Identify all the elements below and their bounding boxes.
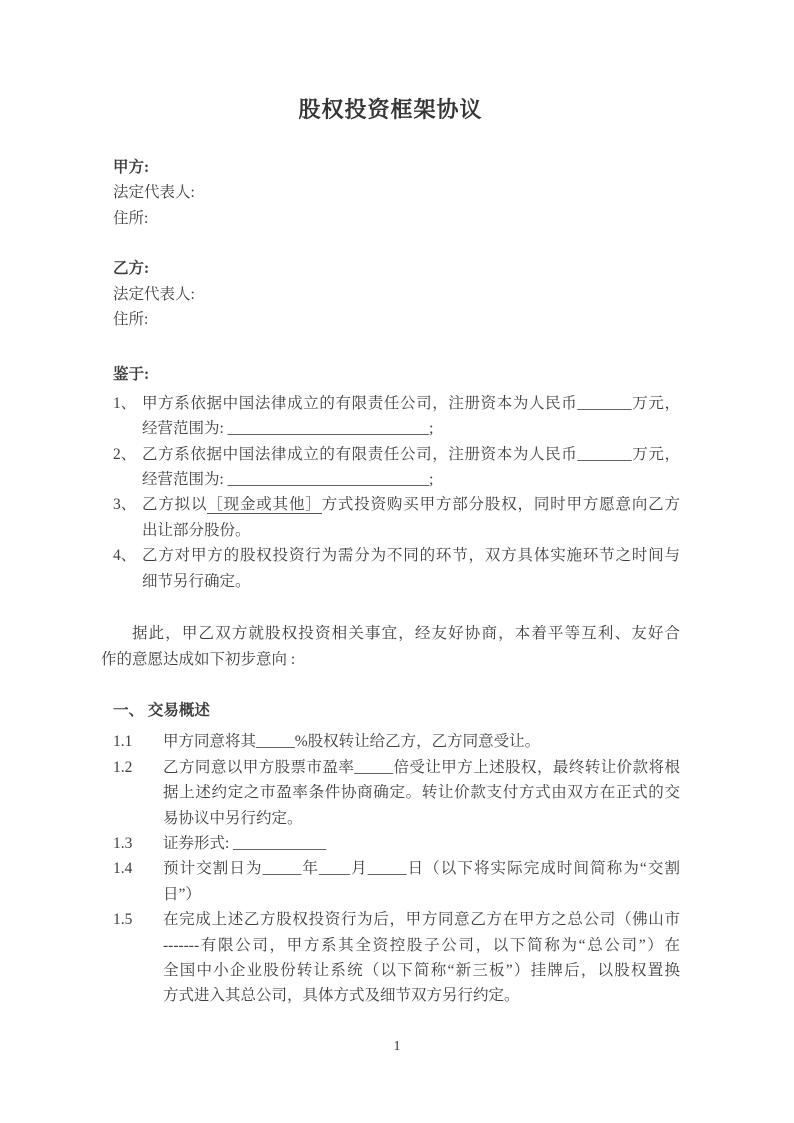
- clause-marker: 1.4: [113, 856, 132, 881]
- clause-line: 日”）: [163, 882, 680, 907]
- clause-marker: 1.2: [113, 755, 132, 780]
- clause-line: 易协议中另行约定。: [163, 806, 680, 831]
- item-line: 乙方系依据中国法律成立的有限责任公司，注册资本为人民币_______万元，: [142, 442, 680, 467]
- document-page: 股权投资框架协议 甲方: 法定代表人: 住所: 乙方: 法定代表人: 住所: 鉴…: [0, 0, 794, 1123]
- recital-line: 作的意愿达成如下初步意向 :: [101, 647, 680, 672]
- clause-item-1-5: 1.5 在完成上述乙方股权投资行为后，甲方同意乙方在甲方之总公司（佛山市 ---…: [113, 907, 680, 1009]
- item-line: 经营范围为: __________________________;: [142, 416, 680, 441]
- page-number: 1: [0, 1036, 794, 1056]
- item-marker: 1、: [113, 391, 136, 416]
- clause-item-1-3: 1.3 证券形式: ____________: [113, 831, 680, 856]
- party-a-label: 甲方:: [113, 155, 680, 180]
- underlined-bracket-text: ［现金或其他］: [207, 496, 321, 514]
- item-line: 乙方对甲方的股权投资行为需分为不同的环节，双方具体实施环节之时间与: [142, 543, 680, 568]
- clause-marker: 1.3: [113, 831, 132, 856]
- page-title: 股权投资框架协议: [101, 95, 680, 125]
- clause-line: 据上述约定之市盈率条件协商确定。转让价款支付方式由双方在正式的交: [163, 780, 680, 805]
- item-line: 细节另行确定。: [142, 569, 680, 594]
- party-a-legal-rep: 法定代表人:: [113, 180, 680, 205]
- clause-line: 证券形式: ____________: [163, 831, 680, 856]
- clause-line: 方式进入其总公司，具体方式及细节双方另行约定。: [163, 983, 680, 1008]
- item-text-pre: 乙方拟以: [142, 496, 207, 513]
- party-a-block: 甲方: 法定代表人: 住所:: [113, 155, 680, 231]
- item-line: 经营范围为: __________________________;: [142, 467, 680, 492]
- party-b-label: 乙方:: [113, 256, 680, 281]
- clause-marker: 1.5: [113, 907, 132, 932]
- item-line: 甲方系依据中国法律成立的有限责任公司，注册资本为人民币_______万元，: [142, 391, 680, 416]
- whereas-list: 1、 甲方系依据中国法律成立的有限责任公司，注册资本为人民币_______万元，…: [101, 391, 680, 594]
- party-a-address: 住所:: [113, 206, 680, 231]
- clause-line: 甲方同意将其_____%股权转让给乙方，乙方同意受让。: [163, 729, 680, 754]
- party-b-block: 乙方: 法定代表人: 住所:: [113, 256, 680, 332]
- whereas-item-2: 2、 乙方系依据中国法律成立的有限责任公司，注册资本为人民币_______万元，…: [113, 442, 680, 493]
- clause-marker: 1.1: [113, 729, 132, 754]
- item-line: 出让部分股份。: [142, 518, 680, 543]
- party-b-address: 住所:: [113, 307, 680, 332]
- recital-paragraph: 据此，甲乙双方就股权投资相关事宜，经友好协商，本着平等互利、友好合 作的意愿达成…: [101, 621, 680, 672]
- clause-line: -------有限公司，甲方系其全资控股子公司，以下简称为“总公司”）在: [163, 933, 680, 958]
- whereas-item-1: 1、 甲方系依据中国法律成立的有限责任公司，注册资本为人民币_______万元，…: [113, 391, 680, 442]
- item-line: 乙方拟以［现金或其他］方式投资购买甲方部分股权，同时甲方愿意向乙方: [142, 492, 680, 517]
- clause-line: 全国中小企业股份转让系统（以下简称“新三板”）挂牌后，以股权置换: [163, 958, 680, 983]
- recital-line: 据此，甲乙双方就股权投资相关事宜，经友好协商，本着平等互利、友好合: [101, 621, 680, 646]
- item-marker: 4、: [113, 543, 136, 568]
- clause-item-1-4: 1.4 预计交割日为_____年____月_____日（以下将实际完成时间简称为…: [113, 856, 680, 907]
- clause-line: 乙方同意以甲方股票市盈率_____倍受让甲方上述股权，最终转让价款将根: [163, 755, 680, 780]
- page-content: 股权投资框架协议 甲方: 法定代表人: 住所: 乙方: 法定代表人: 住所: 鉴…: [0, 0, 794, 1009]
- item-marker: 3、: [113, 492, 136, 517]
- party-b-legal-rep: 法定代表人:: [113, 282, 680, 307]
- clause-line: 预计交割日为_____年____月_____日（以下将实际完成时间简称为“交割: [163, 856, 680, 881]
- item-marker: 2、: [113, 442, 136, 467]
- whereas-item-4: 4、 乙方对甲方的股权投资行为需分为不同的环节，双方具体实施环节之时间与 细节另…: [113, 543, 680, 594]
- item-text-post: 方式投资购买甲方部分股权，同时甲方愿意向乙方: [322, 496, 680, 513]
- clause-item-1-1: 1.1 甲方同意将其_____%股权转让给乙方，乙方同意受让。: [113, 729, 680, 754]
- clause-line: 在完成上述乙方股权投资行为后，甲方同意乙方在甲方之总公司（佛山市: [163, 907, 680, 932]
- whereas-heading: 鉴于:: [113, 362, 680, 387]
- whereas-item-3: 3、 乙方拟以［现金或其他］方式投资购买甲方部分股权，同时甲方愿意向乙方 出让部…: [113, 492, 680, 543]
- clause-item-1-2: 1.2 乙方同意以甲方股票市盈率_____倍受让甲方上述股权，最终转让价款将根 …: [113, 755, 680, 831]
- section-1-heading: 一、 交易概述: [113, 698, 680, 723]
- clause-list: 1.1 甲方同意将其_____%股权转让给乙方，乙方同意受让。 1.2 乙方同意…: [101, 729, 680, 1008]
